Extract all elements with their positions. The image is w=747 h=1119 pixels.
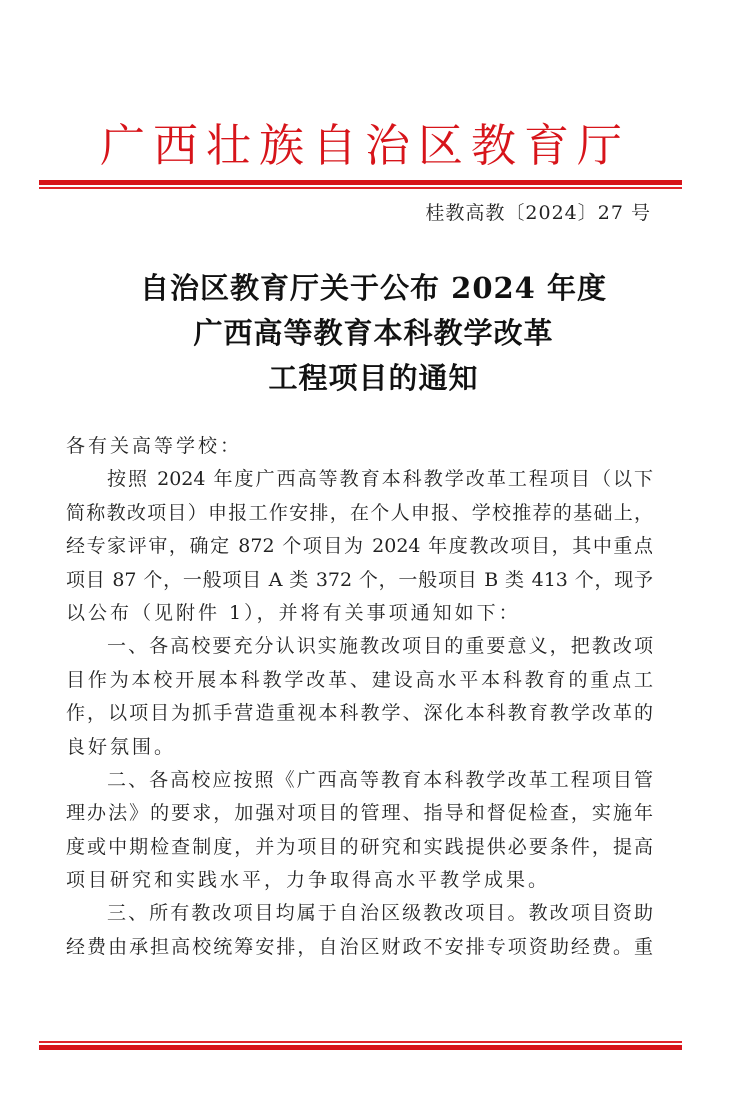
body-line: 作，以项目为抓手营造重视本科教学、深化本科教育教学改革的 <box>66 697 653 730</box>
title-line: 自治区教育厅关于公布 2024 年度 <box>0 266 747 311</box>
body-line: 良好氛围。 <box>66 731 653 764</box>
body-line: 二、各高校应按照《广西高等教育本科教学改革工程项目管 <box>66 764 653 797</box>
body-line: 三、所有教改项目均属于自治区级教改项目。教改项目资助 <box>66 897 653 930</box>
body-line: 各有关高等学校： <box>66 430 653 463</box>
document-title: 自治区教育厅关于公布 2024 年度 广西高等教育本科教学改革 工程项目的通知 <box>0 266 747 401</box>
issuer-header: 广西壮族自治区教育厅 <box>100 118 610 174</box>
body-line: 一、各高校要充分认识实施教改项目的重要意义，把教改项 <box>66 630 653 663</box>
body-line: 经专家评审，确定 872 个项目为 2024 年度教改项目，其中重点 <box>66 530 653 563</box>
red-rule-thick <box>39 1045 682 1050</box>
body-line: 以公布（见附件 1），并将有关事项通知如下： <box>66 597 653 630</box>
footer-red-rule <box>39 1041 682 1050</box>
body-line: 简称教改项目）申报工作安排，在个人申报、学校推荐的基础上， <box>66 497 653 530</box>
body-line: 度或中期检查制度，并为项目的研究和实践提供必要条件，提高 <box>66 831 653 864</box>
body-line: 经费由承担高校统筹安排，自治区财政不安排专项资助经费。重 <box>66 931 653 964</box>
document-number: 桂教高教〔2024〕27 号 <box>425 198 651 228</box>
body-line: 项目 87 个，一般项目 A 类 372 个，一般项目 B 类 413 个，现予 <box>66 564 653 597</box>
body-line: 按照 2024 年度广西高等教育本科教学改革工程项目（以下 <box>66 463 653 496</box>
body-line: 理办法》的要求，加强对项目的管理、指导和督促检查，实施年 <box>66 797 653 830</box>
body-line: 项目研究和实践水平，力争取得高水平教学成果。 <box>66 864 653 897</box>
title-line: 工程项目的通知 <box>0 356 747 401</box>
red-rule-thin <box>39 187 682 189</box>
title-line: 广西高等教育本科教学改革 <box>0 311 747 356</box>
header-red-rule <box>39 180 682 189</box>
document-body: 各有关高等学校： 按照 2024 年度广西高等教育本科教学改革工程项目（以下 简… <box>66 430 653 964</box>
document-page: 广西壮族自治区教育厅 桂教高教〔2024〕27 号 自治区教育厅关于公布 202… <box>0 0 747 1119</box>
body-line: 目作为本校开展本科教学改革、建设高水平本科教育的重点工 <box>66 664 653 697</box>
